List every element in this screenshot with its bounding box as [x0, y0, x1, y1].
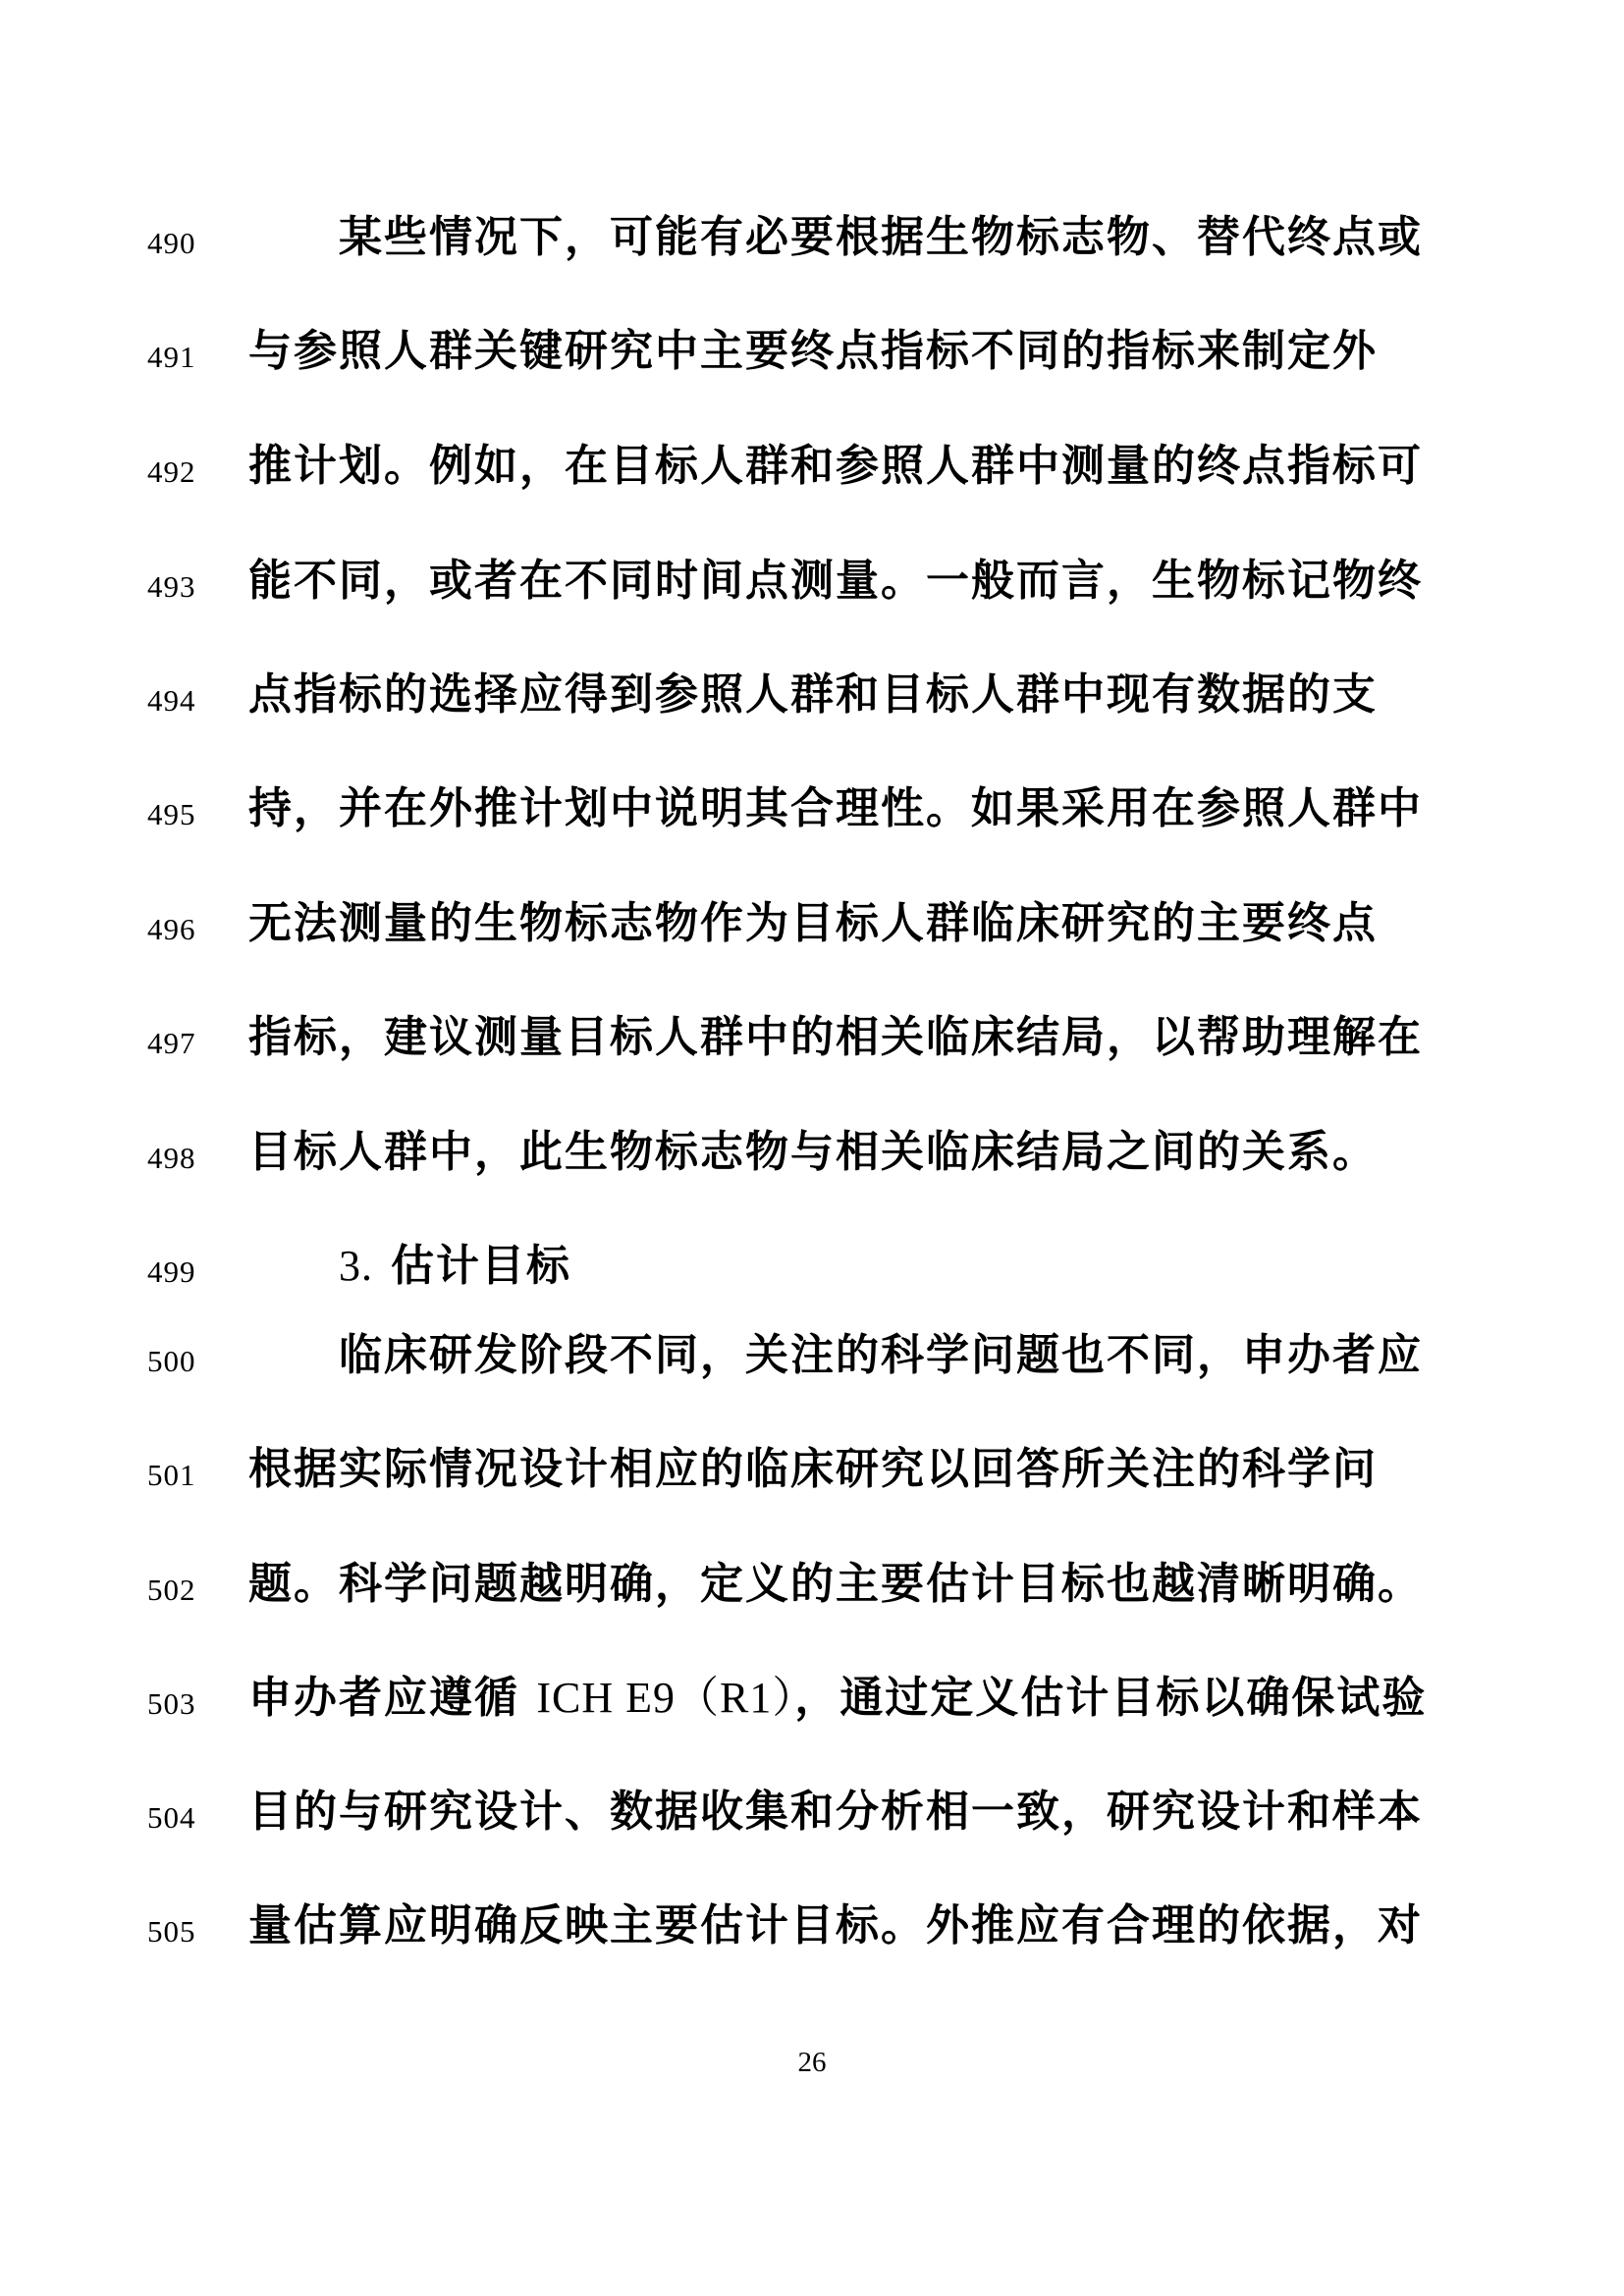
line-text: 无法测量的生物标志物作为目标人群临床研究的主要终点	[248, 900, 1378, 947]
line-text: 某些情况下，可能有必要根据生物标志物、替代终点或	[339, 214, 1423, 261]
line-text: 目标人群中，此生物标志物与相关临床结局之间的关系。	[248, 1129, 1378, 1176]
line-number: 501	[147, 1460, 216, 1490]
line-text: 持，并在外推计划中说明其合理性。如果采用在参照人群中	[248, 785, 1423, 832]
line-501: 501 根据实际情况设计相应的临床研究以回答所关注的科学问	[0, 1446, 1624, 1501]
line-number: 500	[147, 1346, 216, 1376]
line-498: 498 目标人群中，此生物标志物与相关临床结局之间的关系。	[0, 1129, 1624, 1184]
line-text: 目的与研究设计、数据收集和分析相一致，研究设计和样本	[248, 1789, 1423, 1836]
line-text: 推计划。例如，在目标人群和参照人群中测量的终点指标可	[248, 443, 1423, 490]
line-text: 申办者应遵循 ICH E9（R1），通过定义估计目标以确保试验	[248, 1675, 1427, 1722]
line-500: 500 临床研发阶段不同，关注的科学问题也不同，申办者应	[0, 1332, 1624, 1387]
line-text: 量估算应明确反映主要估计目标。外推应有合理的依据，对	[248, 1902, 1423, 1949]
line-text: 临床研发阶段不同，关注的科学问题也不同，申办者应	[339, 1332, 1423, 1379]
line-number: 491	[147, 342, 216, 372]
line-text: 根据实际情况设计相应的临床研究以回答所关注的科学问	[248, 1446, 1378, 1493]
line-502: 502 题。科学问题越明确，定义的主要估计目标也越清晰明确。	[0, 1561, 1624, 1616]
line-number: 503	[147, 1688, 216, 1719]
line-491: 491 与参照人群关键研究中主要终点指标不同的指标来制定外	[0, 328, 1624, 383]
line-number: 497	[147, 1028, 216, 1058]
line-496: 496 无法测量的生物标志物作为目标人群临床研究的主要终点	[0, 900, 1624, 955]
line-text: 与参照人群关键研究中主要终点指标不同的指标来制定外	[248, 328, 1378, 375]
line-number: 502	[147, 1575, 216, 1605]
line-505: 505 量估算应明确反映主要估计目标。外推应有合理的依据，对	[0, 1902, 1624, 1957]
line-493: 493 能不同，或者在不同时间点测量。一般而言，生物标记物终	[0, 558, 1624, 613]
line-number: 494	[147, 685, 216, 716]
line-number: 499	[147, 1256, 216, 1287]
document-page: 490 某些情况下，可能有必要根据生物标志物、替代终点或 491 与参照人群关键…	[0, 0, 1624, 2296]
line-490: 490 某些情况下，可能有必要根据生物标志物、替代终点或	[0, 214, 1624, 269]
line-number: 496	[147, 914, 216, 944]
line-number: 498	[147, 1143, 216, 1173]
section-title: 估计目标	[391, 1241, 571, 1291]
line-number: 505	[147, 1916, 216, 1947]
line-number: 490	[147, 228, 216, 258]
section-number: 3.	[339, 1242, 373, 1290]
section-heading: 3.估计目标	[339, 1243, 571, 1290]
line-number: 493	[147, 571, 216, 602]
line-494: 494 点指标的选择应得到参照人群和目标人群中现有数据的支	[0, 671, 1624, 726]
line-499-section-heading: 499 3.估计目标	[0, 1243, 1624, 1298]
line-number: 492	[147, 456, 216, 487]
line-number: 504	[147, 1802, 216, 1833]
line-504: 504 目的与研究设计、数据收集和分析相一致，研究设计和样本	[0, 1789, 1624, 1843]
line-text: 能不同，或者在不同时间点测量。一般而言，生物标记物终	[248, 558, 1423, 605]
line-text: 题。科学问题越明确，定义的主要估计目标也越清晰明确。	[248, 1561, 1423, 1608]
line-text: 指标，建议测量目标人群中的相关临床结局，以帮助理解在	[248, 1014, 1423, 1061]
line-492: 492 推计划。例如，在目标人群和参照人群中测量的终点指标可	[0, 443, 1624, 498]
line-text: 点指标的选择应得到参照人群和目标人群中现有数据的支	[248, 671, 1378, 719]
line-text-cjk-segment: ，通过定义估计目标以确保试验	[794, 1673, 1427, 1723]
line-number: 495	[147, 799, 216, 829]
line-503: 503 申办者应遵循 ICH E9（R1），通过定义估计目标以确保试验	[0, 1675, 1624, 1730]
ich-e9-r1-reference: ICH E9（R1）	[536, 1674, 794, 1722]
line-495: 495 持，并在外推计划中说明其合理性。如果采用在参照人群中	[0, 785, 1624, 840]
line-text-cjk-segment: 申办者应遵循	[248, 1673, 536, 1723]
line-497: 497 指标，建议测量目标人群中的相关临床结局，以帮助理解在	[0, 1014, 1624, 1069]
page-number: 26	[0, 2047, 1624, 2079]
